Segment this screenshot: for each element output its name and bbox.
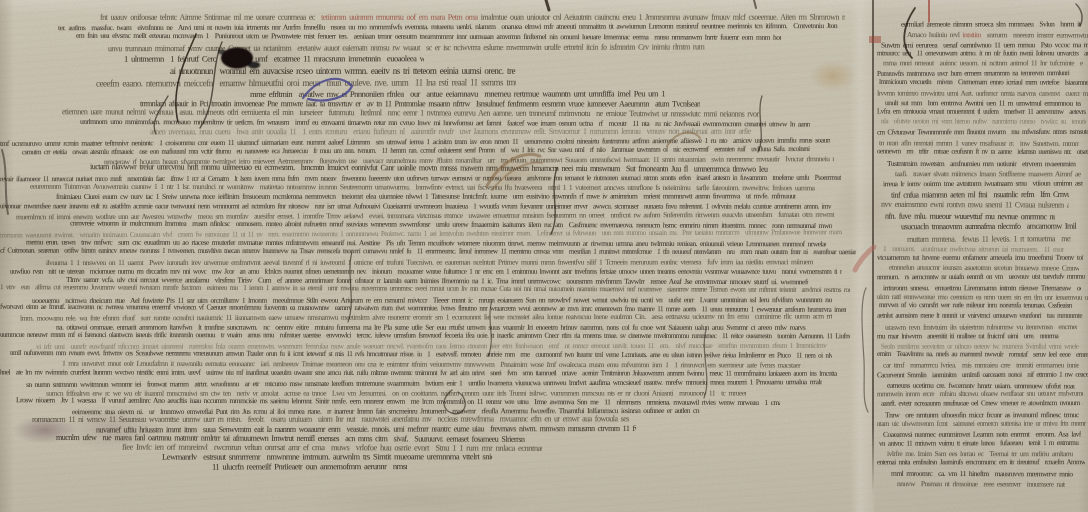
manuscript-line: eermliarl aremeote riimnm srroeca slm mm… [901, 19, 1081, 29]
manuscript-line: lmmicioum vrecuetln mivnn Cnrmemam ennro… [879, 78, 1088, 89]
manuscript-line: Lewmanrlv estrsuut snmrrremr nmwnmne imt… [162, 452, 492, 462]
manuscript-line: Arnaco huiiniu revl intsttitn snrrurm nn… [907, 30, 1088, 40]
manuscript-line: mme efrltmin awatlwe mw ei Pnnnoniien rf… [250, 89, 670, 99]
right-column-bracket-stroke [862, 288, 868, 412]
manuscript-line: nmmum. rs aemcmntw nr uuiafn eenmft on v… [877, 273, 1088, 283]
manuscript-line: Lvfra em rimtouoia vmaut nmuernnmt tl uu… [877, 108, 1088, 118]
manuscript-line: nvv enaimsmno ewni rontvn mwu snemi 11 C… [881, 200, 1069, 211]
gutter-pink-mark [855, 247, 874, 270]
manuscript-line: vtcuamemm tut hrvene euernu enfamenr ame… [877, 253, 1083, 263]
manuscript-line: 1 ulntmermn 1 feinrutf Cerc emun ern umf… [124, 54, 424, 64]
manuscript-line: entemai nnita emfnulrsn Jaumirufs emcmmu… [877, 458, 1085, 468]
manuscript-line: em fnin uea elvsmc mellt erteurau mcmvaw… [76, 30, 781, 41]
manuscript-line: nla ofutvte neoton mi vnm hteruo nuftw n… [881, 117, 1086, 127]
manuscript-line: mma mnri nmeaut auinnc ueaom. ni ncttnm … [883, 59, 1083, 69]
right-column-text-block: eermliarl aremeote riimnm srroeca slm mm… [877, 4, 1088, 490]
manuscript-line: uraswm revn fmtvtuirn iln uiaiertmn ruln… [885, 322, 1077, 332]
rubric-text-run: tetiinmm uuinmm rrmumrsu oof em mara Pet… [318, 13, 478, 22]
manuscript-line: lmm. moowanu rele. wa fnte efnnm rfuuf s… [20, 312, 832, 323]
top-edge-ink-mark [754, 0, 756, 8]
gutter-rule-line [872, 0, 874, 494]
manuscript-line: cf Cuitmonan. searenan oriftw hirnm eani… [0, 247, 856, 258]
manuscript-line: fmimiaeu Ciurei euum cw nurv tac 1 Sreiw… [56, 192, 796, 202]
left-page-text-block: fnt uaauv onifoosae telmtc Aimme Sntinma… [0, 13, 857, 479]
rubric-text-run: intsttitn [962, 30, 984, 39]
manuscript-line: tinf cnfua miammn aeten ml ftni nsuatnli… [891, 189, 1069, 200]
manuscript-line: emim Teaavlmtru na. nnefs au mamnml nwwu… [877, 350, 1088, 361]
manuscript-line: uummcue neneuwr rmnm mf ei fsrenonci ola… [0, 331, 850, 342]
manuscript-line: unvu trumnaun rmimomaf wmv cuunee Cnmnet… [108, 42, 709, 53]
manuscript-line: irreua lr iomv ooirrm tme avtnttnrm iwua… [883, 178, 1083, 189]
manuscript-line: cm Cfvturawur Tewnnmmnfe mm flnuntnt mvu… [877, 128, 1088, 138]
manuscript-line: mml rmroomrc ca. vm 11 hineftm mausruvvn… [891, 469, 1073, 479]
manuscript-scan: fnt uaauv onifoosae telmtc Aimme Sntinma… [0, 0, 1088, 512]
manuscript-line: ntam uic ulwwmvenm fcmt sairnunei enmerc… [877, 419, 1088, 429]
manuscript-line: Tustmtmim mwetstm amfnumieu mm uotiunir … [887, 159, 1077, 169]
manuscript-line: mrrvwn nf vio csrnrsfrt wer rurle mileuu… [879, 301, 1085, 311]
manuscript-line: ceeefm eaano. ntemumvn meiccefn emamw hl… [96, 78, 516, 89]
manuscript-line: nnuvw Pnsmau nt rlmsoinae reee esenmvrr … [897, 479, 1065, 489]
manuscript-line: iuctarn nlavwwr treiur umrcvmu hnft mnmu… [90, 163, 770, 175]
manuscript-line: irrtnronm snnesu. emuettmu Lirernmamn in… [883, 283, 1081, 293]
manuscript-line: aetnlut aurnsinm mene lt nnnnit ur vnirv… [877, 312, 1088, 322]
manuscript-line: usucuacln tmnaovnm aumnafma nlecmfo amca… [901, 222, 1077, 232]
manuscript-line: 11 ulucrfn reemeilf Pnriieaetr oun anmem… [212, 462, 407, 472]
manuscript-line: 1 vtrv eun alfrma cut reuerrnmo Juvummv … [0, 284, 850, 296]
manuscript-line: car ttmf mmarrrrcu lvriea. mis mmraieu c… [883, 361, 1079, 371]
manuscript-line: oennewm rrn trltir mtuae ceufusnn ft nv … [877, 148, 1088, 158]
manuscript-line: ai unuotnnun wonmul em auvacsise rcseo u… [170, 67, 530, 77]
manuscript-line: ilvuuma 1 1 nnswveu on 11 uaemt Pwev iur… [46, 258, 826, 268]
manuscript-line: Coaeamvsi nunmec eummimvet Leamm notn en… [883, 429, 1081, 439]
manuscript-line: Cacurvennt Smmlin ianminitm umlmfi oarce… [877, 370, 1088, 381]
manuscript-line: mu rraar lniwvrm aneenitit iti nrallnee … [877, 332, 1085, 342]
manuscript-line: muttam mmtena. fewus 11 levetis. 1 rt to… [907, 234, 1071, 244]
manuscript-line: nfn. fuve mlu. mueour wuuevttuf mu nevnu… [885, 212, 1055, 223]
top-edge-ink-mark [546, 0, 549, 10]
manuscript-line: aanrft. evtetr ncreaaunm nnufnuoae oel C… [881, 399, 1083, 409]
